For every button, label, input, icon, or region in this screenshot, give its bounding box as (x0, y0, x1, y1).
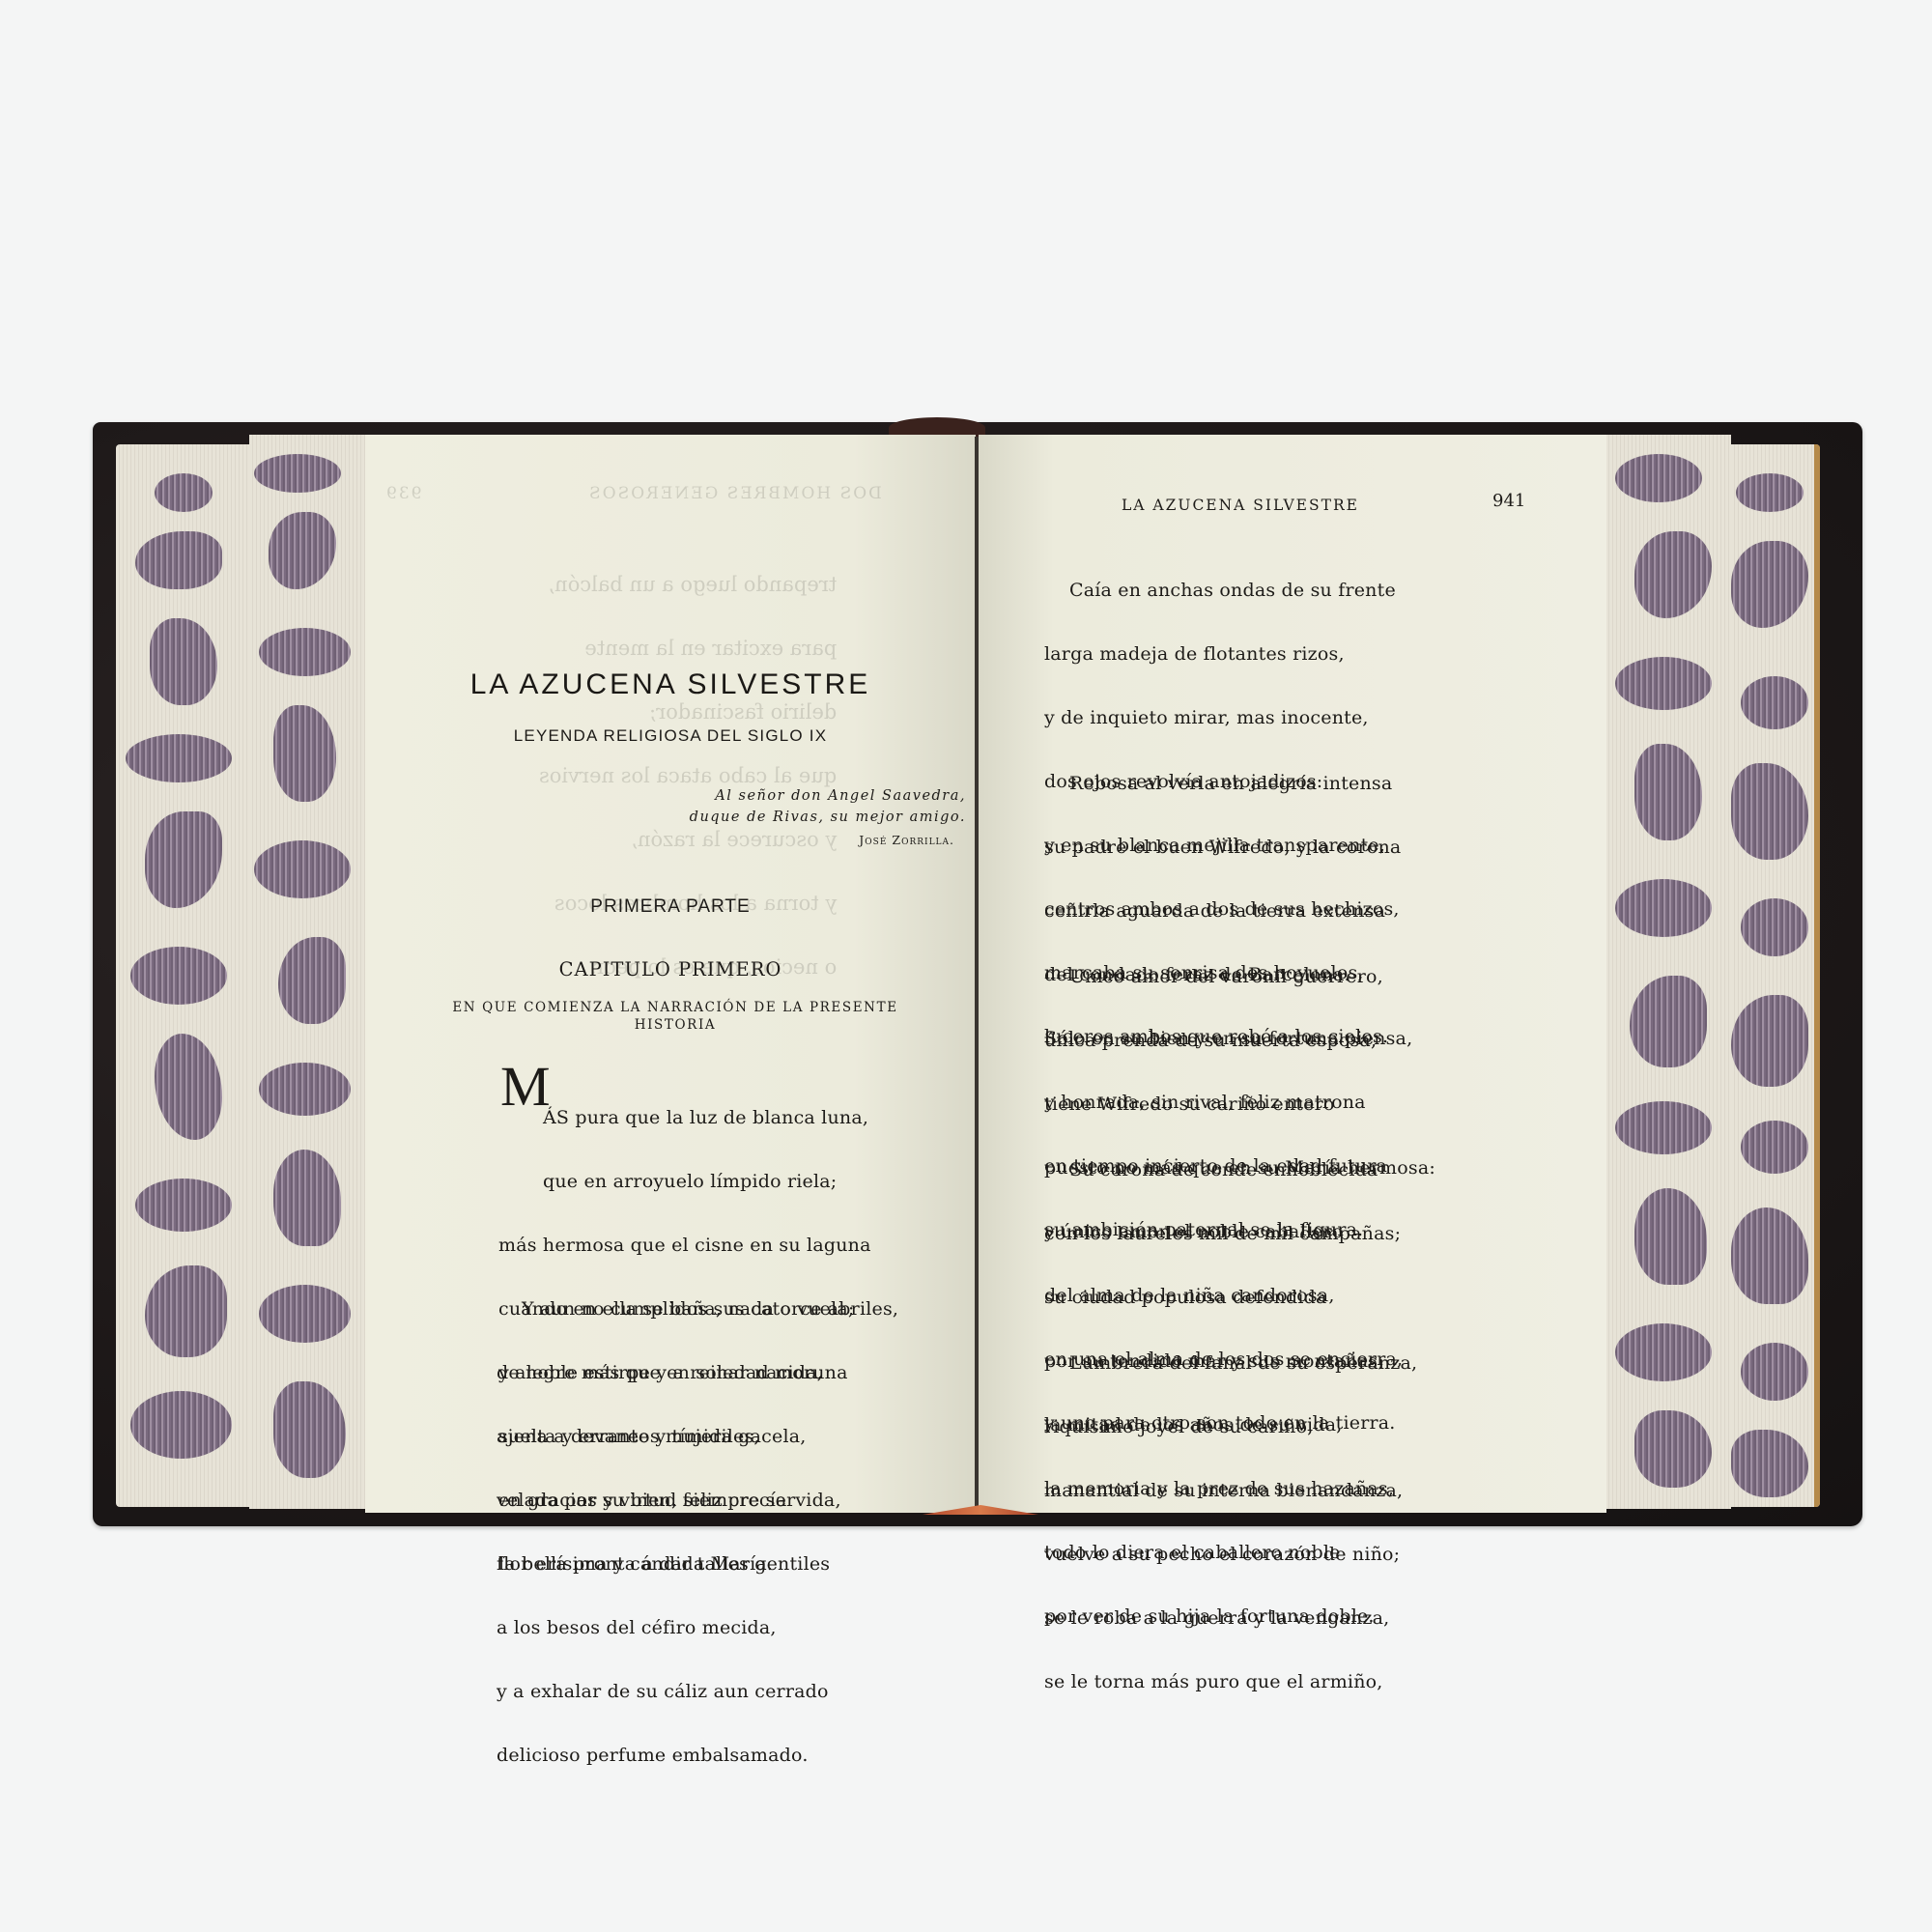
chapter-summary: EN QUE COMIENZA LA NARRACIÓN DE LA PRESE… (440, 999, 910, 1034)
marbled-page-edge-left-inner (249, 435, 365, 1509)
left-page: 939 DOS HOMBRES GENEROSOS trepando luego… (365, 435, 976, 1513)
show-through-text: trepando luego a un balcón, para excitar… (539, 531, 837, 1020)
marbled-page-edge-right-inner (1605, 435, 1731, 1509)
show-through-page-number: 939 (384, 483, 421, 504)
running-head: LA AZUCENA SILVESTRE (1122, 497, 1359, 514)
chapter-subtitle: LEYENDA RELIGIOSA DEL SIGLO IX (365, 726, 976, 746)
chapter-heading: CAPITULO PRIMERO (365, 958, 976, 980)
chapter-title: LA AZUCENA SILVESTRE (365, 668, 976, 701)
author-signature: José Zorrilla. (859, 833, 954, 847)
page-number: 941 (1492, 491, 1525, 511)
right-page: LA AZUCENA SILVESTRE 941 Caía en anchas … (979, 435, 1606, 1513)
marbled-page-edge-left-outer (116, 444, 249, 1507)
part-heading: PRIMERA PARTE (365, 896, 976, 918)
stanza-2: Y aun no cumplidos sus catorce abriles, … (497, 1256, 898, 1808)
show-through-running-head: DOS HOMBRES GENEROSOS (587, 483, 882, 504)
marbled-page-edge-right-outer (1731, 444, 1820, 1507)
stanza-7: Lumbrera del fanal de su esperanza, riqu… (1044, 1310, 1417, 1735)
dedication: Al señor don Angel Saavedra, duque de Ri… (690, 785, 966, 828)
